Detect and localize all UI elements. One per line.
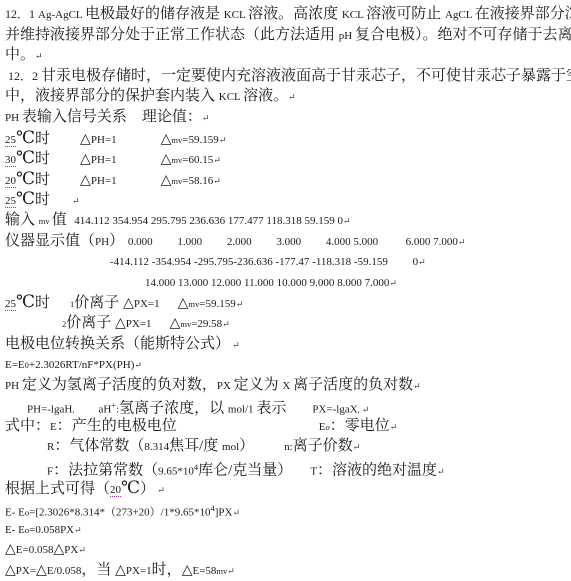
delta-triangle-icon: △: [161, 173, 172, 188]
text-run: E: [319, 421, 326, 433]
paragraph-mark-icon: ↵: [74, 525, 82, 535]
text-run: ：零电位: [330, 418, 390, 434]
text-run: 焦耳/度: [169, 438, 222, 454]
paragraph-mark-icon: ↵: [437, 467, 445, 477]
text-run: 414.112 354.954 295.795 236.636 177.477 …: [74, 215, 343, 227]
text-run: KCL: [342, 9, 366, 21]
text-run: =0.058PX: [29, 524, 74, 536]
text-run: 甘汞电极存储时，一定要使内充溶液液面高于甘汞芯子，不可使甘汞芯子暴露于空气: [41, 68, 571, 84]
paragraph-mark-icon: ↵: [227, 566, 235, 576]
paragraph-mark-icon: ↵: [343, 216, 351, 226]
text-line: E- Eo=0.058PX↵: [5, 519, 571, 540]
text-run: KCL: [219, 91, 243, 103]
delta-triangle-icon: △: [80, 173, 91, 188]
paragraph-mark-icon: ↵: [353, 442, 361, 452]
text-run: =29.58: [191, 318, 222, 330]
text-run: 定义为: [234, 377, 283, 393]
text-run: mv: [171, 135, 182, 145]
text-run: mol/1: [228, 404, 256, 416]
text-run: 中，液接界部分的保护套内装入: [5, 88, 219, 104]
delta-triangle-icon: △: [5, 563, 16, 578]
paragraph-mark-icon: ↵: [222, 319, 230, 329]
text-run: 式中：: [5, 418, 50, 434]
text-line: 根据上式可得（20℃） ↵: [5, 478, 571, 499]
text-line: 25℃时1价离子 △PX=1△mv=59.159↵: [5, 292, 571, 313]
text-run: 9.65*10: [158, 466, 194, 478]
paragraph-mark-icon: ↵: [72, 196, 80, 206]
text-run: Ag-AgCL: [38, 9, 85, 21]
text-line: △E=0.058△PX↵: [5, 539, 571, 560]
paragraph-mark-icon: ↵: [236, 299, 244, 309]
celsius-glyph: ℃: [16, 292, 35, 311]
delta-triangle-icon: △: [161, 132, 172, 147]
text-line: PH=-lgaH,aH+:氢离子浓度，以 mol/1 表示PX=-lgaX, ↵: [5, 395, 571, 416]
paragraph-mark-icon: ↵: [232, 508, 240, 518]
text-run: 离子价数: [293, 438, 353, 454]
text-run: PH: [5, 380, 22, 392]
text-run: mol: [222, 441, 239, 453]
text-run: E- E: [5, 507, 25, 519]
celsius-glyph: ℃: [121, 478, 140, 497]
paragraph-mark-icon: ↵: [213, 176, 221, 186]
text-line: E- Eo=[2.3026*8.314*（273+20）/1*9.65*104]…: [5, 498, 571, 519]
text-run: 0.000 1.000 2.000 3.000 4.000 5.000 6.00…: [128, 236, 458, 248]
text-run: 时，: [152, 562, 182, 578]
text-run: 溶液。: [243, 88, 288, 104]
text-line: 2价离子 △PX=1△mv=29.58↵: [5, 313, 571, 334]
text-run: PH: [95, 236, 109, 248]
text-run: PH=1: [91, 134, 117, 146]
text-run: 输入: [5, 212, 39, 228]
text-line: 仪器显示值（PH） 0.000 1.000 2.000 3.000 4.000 …: [5, 231, 571, 252]
text-run: ：法拉第常数（: [53, 463, 158, 479]
text-run: PH: [5, 112, 22, 124]
text-run: mv: [171, 155, 182, 165]
text-run: ,: [72, 405, 74, 415]
text-run: PH=1: [91, 154, 117, 166]
celsius-glyph: ℃: [16, 189, 35, 208]
smarttag-number: 20: [5, 175, 16, 188]
text-line: R：气体常数（8.314焦耳/度 mol）n:离子价数↵: [5, 436, 571, 457]
paragraph-mark-icon: ↵: [78, 545, 86, 555]
text-line: 25℃时△PH=1△mv=59.159↵: [5, 128, 571, 149]
delta-triangle-icon: △: [115, 316, 126, 331]
text-run: 根据上式可得（: [5, 481, 110, 497]
text-run: 价离子: [74, 295, 123, 311]
text-run: 表示: [256, 401, 286, 417]
delta-triangle-icon: △: [161, 152, 172, 167]
text-line: 电极电位转换关系（能斯特公式） ↵: [5, 334, 571, 355]
text-run: 12．1: [5, 7, 38, 21]
text-run: 时: [35, 131, 50, 147]
paragraph-mark-icon: ↵: [390, 422, 398, 432]
text-run: PX=1: [126, 565, 152, 577]
text-run: 定义为氢离子活度的负对数，: [22, 377, 217, 393]
paragraph-mark-icon: ↵: [288, 92, 296, 102]
text-run: mv: [180, 319, 191, 329]
smarttag-number: 25: [5, 134, 16, 147]
text-run: ：气体常数（: [54, 438, 144, 454]
paragraph-mark-icon: ↵: [213, 155, 221, 165]
delta-triangle-icon: △: [170, 316, 181, 331]
text-run: ，当: [81, 562, 115, 578]
smarttag-number: 20: [110, 484, 121, 497]
text-run: 时: [35, 172, 50, 188]
text-run: =59.159: [182, 134, 218, 146]
text-line: 30℃时△PH=1△mv=60.15↵: [5, 148, 571, 169]
text-run: +2.3026RT/nF*PX(PH): [29, 359, 134, 371]
text-run: 中。: [5, 47, 35, 63]
text-line: PH 表输入信号关系 理论值：↵: [5, 107, 571, 128]
delta-triangle-icon: △: [5, 542, 16, 557]
text-run: 复合电极）。绝对不可存储于去离子水: [355, 27, 571, 43]
text-run: 仪器显示值（: [5, 233, 95, 249]
text-run: 12．2: [5, 69, 41, 83]
document-page: 12．1 Ag-AgCL 电极最好的储存液是 KCL 溶液。高浓度 KCL 溶液…: [0, 0, 571, 581]
text-run: ：溶液的绝对温度: [317, 463, 437, 479]
text-run: =[2.3026*8.314*（273+20）/1*9.65*10: [29, 507, 210, 519]
text-line: 20℃时△PH=1△mv=58.16↵: [5, 169, 571, 190]
delta-triangle-icon: △: [182, 563, 193, 578]
text-line: -414.112 -354.954 -295.795-236.636 -177.…: [5, 251, 571, 272]
text-run: 在液接界部分沉淀，: [475, 6, 571, 22]
text-run: aH: [98, 404, 111, 416]
text-run: n:: [284, 441, 293, 453]
text-line: 12．2 甘汞电极存储时，一定要使内充溶液液面高于甘汞芯子，不可使甘汞芯子暴露于…: [5, 66, 571, 87]
text-run: -414.112 -354.954 -295.795-236.636 -177.…: [110, 256, 418, 268]
text-run: mv: [171, 176, 182, 186]
text-run: mv: [39, 216, 52, 226]
text-run: 时: [35, 192, 50, 208]
paragraph-mark-icon: ↵: [202, 113, 210, 123]
delta-triangle-icon: △: [80, 152, 91, 167]
text-line: E=E0+2.3026RT/nF*PX(PH)↵: [5, 354, 571, 375]
text-run: mv: [216, 566, 227, 576]
text-line: 中，液接界部分的保护套内装入 KCL 溶液。↵: [5, 86, 571, 107]
text-run: pH: [339, 30, 355, 42]
text-line: 并维持液接界部分处于正常工作状态（此方法适用 pH 复合电极）。绝对不可存储于去…: [5, 25, 571, 46]
text-run: 14.000 13.000 12.000 11.000 10.000 9.000…: [145, 277, 389, 289]
text-run: 值: [52, 212, 75, 228]
text-run: ）: [140, 481, 155, 497]
delta-triangle-icon: △: [36, 563, 47, 578]
text-line: 12．1 Ag-AgCL 电极最好的储存液是 KCL 溶液。高浓度 KCL 溶液…: [5, 4, 571, 25]
paragraph-mark-icon: ↵: [35, 51, 43, 61]
text-line: 25℃时↵: [5, 189, 571, 210]
delta-triangle-icon: △: [123, 296, 134, 311]
text-line: 14.000 13.000 12.000 11.000 10.000 9.000…: [5, 272, 571, 293]
text-run: ：产生的电极电位: [57, 418, 177, 434]
text-run: E=0.058: [16, 544, 54, 556]
paragraph-mark-icon: ↵: [413, 381, 421, 391]
text-run: 溶液可防止: [366, 6, 445, 22]
text-run: PX=1: [134, 298, 160, 310]
smarttag-number: 25: [5, 298, 16, 311]
text-run: ）: [109, 233, 128, 249]
text-run: ]PX: [215, 507, 233, 519]
text-line: △PX=△E/0.058，当 △PX=1时，△E=58mv↵: [5, 560, 571, 581]
text-line: F：法拉第常数（9.65*104库仑/克当量）T：溶液的绝对温度↵: [5, 457, 571, 478]
celsius-glyph: ℃: [16, 169, 35, 188]
text-run: 时: [35, 295, 50, 311]
text-run: PH=1: [91, 175, 117, 187]
celsius-glyph: ℃: [16, 128, 35, 147]
text-run: 8.314: [144, 441, 169, 453]
text-run: 并维持液接界部分处于正常工作状态（此方法适用: [5, 27, 339, 43]
delta-triangle-icon: △: [115, 563, 126, 578]
smarttag-number: 25: [5, 195, 16, 208]
text-run: E- E: [5, 524, 25, 536]
smarttag-number: 30: [5, 154, 16, 167]
delta-triangle-icon: △: [53, 542, 64, 557]
paragraph-mark-icon: ↵: [219, 135, 227, 145]
text-run: PX=1: [126, 318, 152, 330]
text-line: 中。↵: [5, 45, 571, 66]
text-run: E=E: [5, 359, 25, 371]
paragraph-mark-icon: ↵: [155, 485, 165, 495]
text-run: 电极电位转换关系（能斯特公式）: [5, 336, 230, 352]
text-run: PX=-lgaX: [312, 404, 357, 416]
text-run: 溶液。高浓度: [248, 6, 342, 22]
celsius-glyph: ℃: [16, 148, 35, 167]
text-line: 输入 mv 值 414.112 354.954 295.795 236.636 …: [5, 210, 571, 231]
text-line: PH 定义为氢离子活度的负对数，PX 定义为 X 离子活度的负对数↵: [5, 375, 571, 396]
text-run: E/0.058: [47, 565, 82, 577]
text-run: PX: [217, 380, 234, 392]
text-run: E=58: [192, 565, 216, 577]
text-run: =58.16: [182, 175, 213, 187]
text-run: =59.159: [199, 298, 235, 310]
text-run: 表输入信号关系 理论值：: [22, 109, 202, 125]
paragraph-mark-icon: ↵: [389, 278, 397, 288]
paragraph-mark-icon: ↵: [360, 405, 370, 415]
delta-triangle-icon: △: [178, 296, 189, 311]
text-run: 库仑/克当量）: [198, 463, 292, 479]
text-run: 电极最好的储存液是: [85, 6, 224, 22]
text-run: PH=-lgaH: [27, 404, 72, 416]
text-run: ）: [239, 438, 254, 454]
text-run: 离子活度的负对数: [293, 377, 413, 393]
text-run: =60.15: [182, 154, 213, 166]
text-run: X: [282, 380, 293, 392]
text-run: 价离子: [66, 315, 115, 331]
paragraph-mark-icon: ↵: [134, 360, 142, 370]
paragraph-mark-icon: ↵: [458, 237, 466, 247]
delta-triangle-icon: △: [80, 132, 91, 147]
text-run: KCL: [224, 9, 248, 21]
text-run: 时: [35, 151, 50, 167]
text-line: 式中：E：产生的电极电位Eo：零电位↵: [5, 416, 571, 437]
text-run: 氢离子浓度，以: [119, 401, 228, 417]
text-run: PX=: [16, 565, 36, 577]
text-run: AgCL: [445, 9, 475, 21]
paragraph-mark-icon: ↵: [418, 257, 426, 267]
text-run: mv: [188, 299, 199, 309]
paragraph-mark-icon: ↵: [230, 340, 240, 350]
text-run: E: [50, 421, 57, 433]
text-run: PX: [64, 544, 78, 556]
